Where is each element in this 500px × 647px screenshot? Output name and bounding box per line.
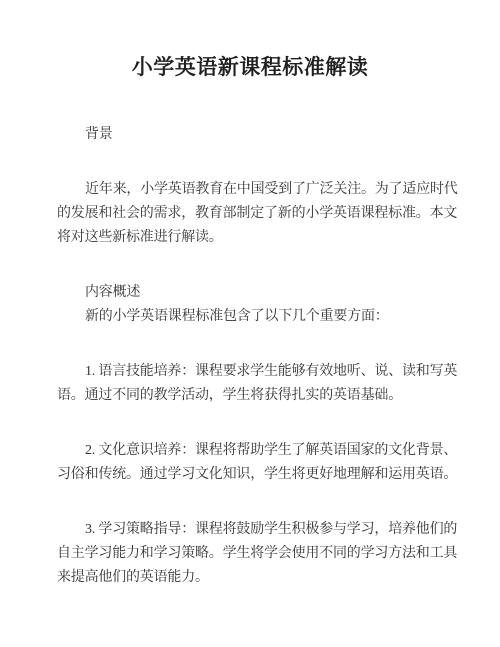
paragraph-line: 1. 语言技能培养：课程要求学生能够有效地听、说、读和写英 <box>57 360 443 384</box>
paragraph-line: 习俗和传统。通过学习文化知识，学生将更好地理解和运用英语。 <box>57 463 443 487</box>
list-item-cultural-awareness: 2. 文化意识培养：课程将帮助学生了解英语国家的文化背景、 习俗和传统。通过学习… <box>57 439 443 487</box>
document-body: 背景 近年来，小学英语教育在中国受到了广泛关注。为了适应时代 的发展和社会的需求… <box>0 123 500 590</box>
paragraph-line: 将对这些新标准进行解读。 <box>57 226 443 250</box>
list-item-learning-strategies: 3. 学习策略指导：课程将鼓励学生积极参与学习，培养他们的 自主学习能力和学习策… <box>57 518 443 590</box>
list-item-language-skills: 1. 语言技能培养：课程要求学生能够有效地听、说、读和写英 语。通过不同的教学活… <box>57 360 443 408</box>
paragraph-line: 语。通过不同的教学活动，学生将获得扎实的英语基础。 <box>57 384 443 408</box>
paragraph-line: 近年来，小学英语教育在中国受到了广泛关注。为了适应时代 <box>57 178 443 202</box>
section-heading-background: 背景 <box>57 123 443 147</box>
paragraph-line: 2. 文化意识培养：课程将帮助学生了解英语国家的文化背景、 <box>57 439 443 463</box>
paragraph-line: 的发展和社会的需求，教育部制定了新的小学英语课程标准。本文 <box>57 202 443 226</box>
paragraph-line: 新的小学英语课程标准包含了以下几个重要方面： <box>57 305 443 329</box>
document-title: 小学英语新课程标准解读 <box>0 0 500 83</box>
document-page: 小学英语新课程标准解读 背景 近年来，小学英语教育在中国受到了广泛关注。为了适应… <box>0 0 500 647</box>
paragraph-line: 自主学习能力和学习策略。学生将学会使用不同的学习方法和工具 <box>57 542 443 566</box>
paragraph-line: 来提高他们的英语能力。 <box>57 566 443 590</box>
paragraph-line: 内容概述 <box>57 281 443 305</box>
section-content-overview: 内容概述 新的小学英语课程标准包含了以下几个重要方面： <box>57 281 443 329</box>
paragraph-line: 3. 学习策略指导：课程将鼓励学生积极参与学习，培养他们的 <box>57 518 443 542</box>
paragraph-background-intro: 近年来，小学英语教育在中国受到了广泛关注。为了适应时代 的发展和社会的需求，教育… <box>57 178 443 250</box>
paragraph-line: 背景 <box>57 123 443 147</box>
